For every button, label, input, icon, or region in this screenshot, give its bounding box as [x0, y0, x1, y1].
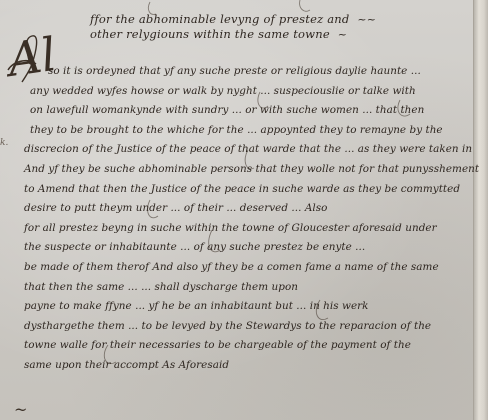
manuscript-page: ffor the abhominable levyng of prestez a…	[0, 0, 488, 420]
text-line: towne walle for their necessaries to be …	[24, 336, 464, 356]
text-line: for all prestez beyng in suche within th…	[24, 219, 464, 239]
text-line: And yf they be suche abhominable persons…	[24, 160, 464, 180]
text-line: discrecion of the Justice of the peace o…	[24, 140, 464, 160]
text-line: same upon their accompt As Aforesaid	[24, 356, 464, 376]
text-line: so it is ordeyned that yf any suche pres…	[24, 62, 464, 82]
page-edge	[473, 0, 488, 420]
text-line: that then the same ... ... shall dyschar…	[24, 278, 464, 298]
text-line: desire to putt theym under ... of their …	[24, 199, 464, 219]
manuscript-body: so it is ordeyned that yf any suche pres…	[24, 62, 464, 376]
text-line: be made of them therof And also yf they …	[24, 258, 464, 278]
heading-flourish: ~~	[357, 12, 376, 27]
margin-note: k.	[0, 138, 8, 148]
text-line: the suspecte or inhabitaunte ... of any …	[24, 238, 464, 258]
section-heading: ffor the abhominable levyng of prestez a…	[90, 12, 410, 42]
text-line: payne to make ffyne ... yf he be an inha…	[24, 297, 464, 317]
text-line: to Amend that then the Justice of the pe…	[24, 180, 464, 200]
heading-line-1: ffor the abhominable levyng of prestez a…	[90, 12, 349, 26]
text-line: dysthargethe them ... to be levyed by th…	[24, 317, 464, 337]
heading-flourish-2: ~	[338, 27, 347, 42]
text-line: they to be brought to the whiche for the…	[24, 121, 464, 141]
text-line: any wedded wyfes howse or walk by nyght …	[24, 82, 464, 102]
heading-line-2: other relygiouns within the same towne	[90, 27, 330, 41]
text-line: on lawefull womankynde with sundry ... o…	[24, 101, 464, 121]
line-end-flourish: ~	[14, 400, 27, 419]
